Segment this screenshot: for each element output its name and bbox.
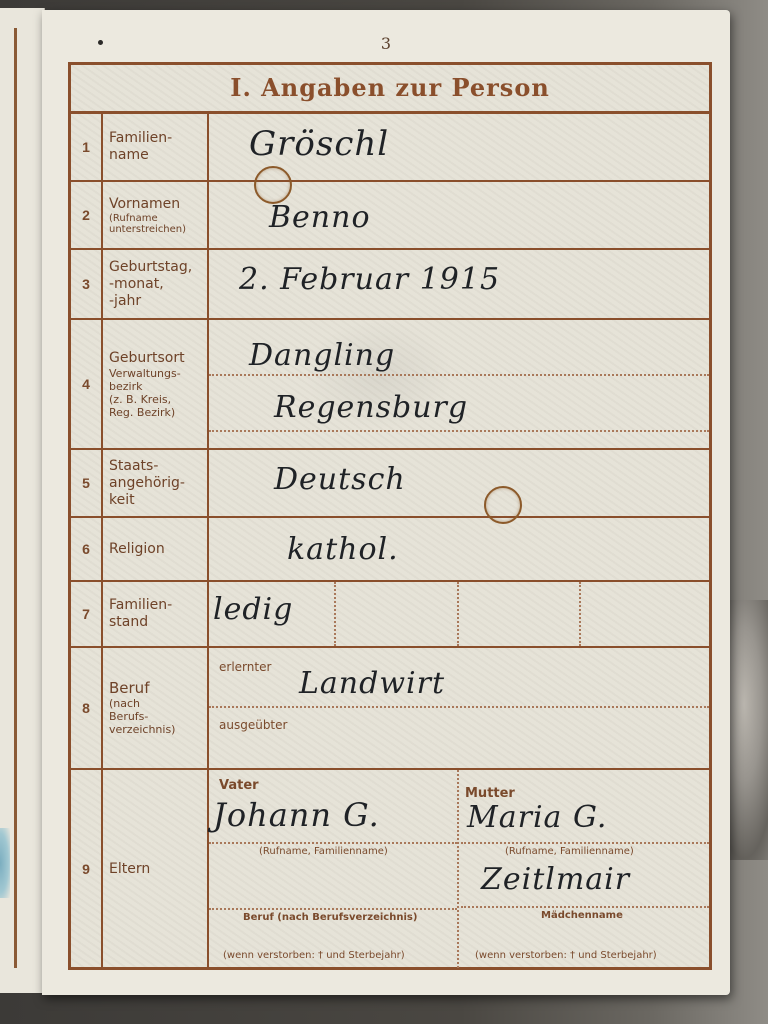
handwritten-district: Regensburg xyxy=(274,390,468,425)
row-occupation: 8 Beruf (nach Berufs- verzeichnis) erler… xyxy=(71,648,709,770)
label-birth-date: Geburtstag, -monat, -jahr xyxy=(103,250,209,318)
label-parents: Eltern xyxy=(103,770,209,968)
row-number: 2 xyxy=(71,182,103,248)
handwritten-birthplace: Dangling xyxy=(249,338,395,373)
mother-deceased-caption: (wenn verstorben: † und Sterbejahr) xyxy=(475,950,657,961)
row-number: 8 xyxy=(71,648,103,768)
dotted-divider xyxy=(457,770,459,968)
handwritten-family-name: Gröschl xyxy=(249,124,389,164)
form-title: I. Angaben zur Person xyxy=(71,65,709,114)
dotted-divider xyxy=(334,582,336,646)
left-page-border xyxy=(4,28,17,968)
row-number: 5 xyxy=(71,450,103,516)
maiden-name-caption: Mädchenname xyxy=(541,910,623,921)
row-citizenship: 5 Staats- angehörig- keit Deutsch xyxy=(71,450,709,518)
row-given-names: 2 Vornamen (Rufname unterstreichen) Benn… xyxy=(71,182,709,250)
dotted-divider xyxy=(457,582,459,646)
row-marital-status: 7 Familien- stand ledig xyxy=(71,582,709,648)
blue-stamp-fragment xyxy=(0,828,10,898)
label-birthplace: Geburtsort Verwaltungs- bezirk (z. B. Kr… xyxy=(103,320,209,448)
father-occupation-caption: Beruf (nach Berufsverzeichnis) xyxy=(243,912,417,923)
row-number: 9 xyxy=(71,770,103,968)
dotted-guide xyxy=(209,374,709,376)
dotted-guide xyxy=(461,906,709,908)
label-family-name: Familien- name xyxy=(103,114,209,180)
row-number: 3 xyxy=(71,250,103,318)
left-facing-page xyxy=(0,8,45,993)
dotted-guide xyxy=(461,842,709,844)
personal-data-form: I. Angaben zur Person 1 Familien- name G… xyxy=(68,62,712,970)
value-marital-status: ledig xyxy=(209,582,709,646)
label-marital-status: Familien- stand xyxy=(103,582,209,646)
practiced-occupation-label: ausgeübter xyxy=(219,718,287,732)
handwritten-given-name: Benno xyxy=(269,200,371,235)
dotted-guide xyxy=(209,430,709,432)
value-given-names: Benno xyxy=(209,182,709,248)
value-occupation: erlernter Landwirt ausgeübter xyxy=(209,648,709,768)
value-birth-date: 2. Februar 1915 xyxy=(209,250,709,318)
row-birthplace: 4 Geburtsort Verwaltungs- bezirk (z. B. … xyxy=(71,320,709,450)
label-religion: Religion xyxy=(103,518,209,580)
handwritten-birth-date: 2. Februar 1915 xyxy=(239,262,500,297)
father-deceased-caption: (wenn verstorben: † und Sterbejahr) xyxy=(223,950,405,961)
label-citizenship: Staats- angehörig- keit xyxy=(103,450,209,516)
row-number: 4 xyxy=(71,320,103,448)
document-page: 3 I. Angaben zur Person 1 Familien- name… xyxy=(42,10,730,995)
handwritten-occupation: Landwirt xyxy=(299,666,445,701)
learned-occupation-label: erlernter xyxy=(219,660,271,674)
row-number: 1 xyxy=(71,114,103,180)
dotted-divider xyxy=(579,582,581,646)
row-religion: 6 Religion kathol. xyxy=(71,518,709,582)
mother-name-caption: (Rufname, Familienname) xyxy=(505,846,634,857)
mother-heading: Mutter xyxy=(465,786,515,801)
value-citizenship: Deutsch xyxy=(209,450,709,516)
handwritten-maiden-name: Zeitlmair xyxy=(481,862,630,897)
row-birth-date: 3 Geburtstag, -monat, -jahr 2. Februar 1… xyxy=(71,250,709,320)
value-religion: kathol. xyxy=(209,518,709,580)
row-number: 7 xyxy=(71,582,103,646)
dotted-guide xyxy=(209,706,709,708)
mother-section: Mutter Maria G. (Rufname, Familienname) … xyxy=(461,770,709,968)
dotted-guide xyxy=(209,908,457,910)
row-number: 6 xyxy=(71,518,103,580)
handwritten-father-name: Johann G. xyxy=(213,796,380,834)
handwritten-marital-status: ledig xyxy=(213,592,293,627)
page-number: 3 xyxy=(42,34,730,53)
father-heading: Vater xyxy=(219,778,259,793)
handwritten-citizenship: Deutsch xyxy=(274,462,406,497)
label-occupation: Beruf (nach Berufs- verzeichnis) xyxy=(103,648,209,768)
label-given-names: Vornamen (Rufname unterstreichen) xyxy=(103,182,209,248)
father-section: Vater Johann G. (Rufname, Familienname) … xyxy=(209,770,457,968)
value-family-name: Gröschl xyxy=(209,114,709,180)
value-birthplace: Dangling Regensburg xyxy=(209,320,709,448)
dotted-guide xyxy=(209,842,457,844)
handwritten-religion: kathol. xyxy=(287,532,399,567)
handwritten-mother-name: Maria G. xyxy=(467,800,607,835)
row-family-name: 1 Familien- name Gröschl xyxy=(71,114,709,182)
father-name-caption: (Rufname, Familienname) xyxy=(259,846,388,857)
value-parents: Vater Johann G. (Rufname, Familienname) … xyxy=(209,770,709,968)
row-parents: 9 Eltern Vater Johann G. (Rufname, Famil… xyxy=(71,770,709,968)
